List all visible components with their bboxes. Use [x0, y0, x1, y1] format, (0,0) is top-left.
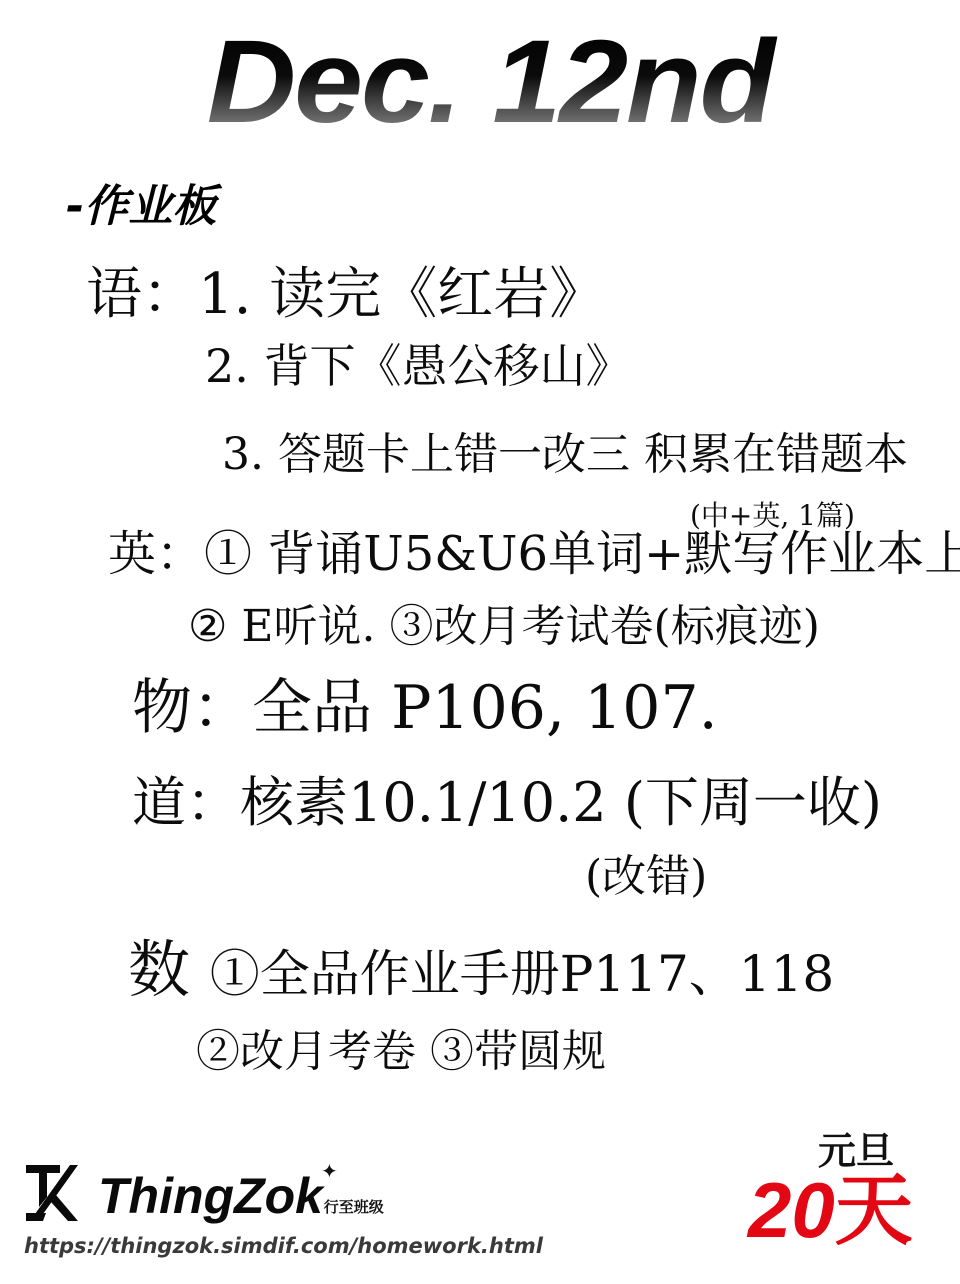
- countdown: 20天: [748, 1170, 913, 1251]
- english-item-1: ：① 背诵U5&U6单词+默写作业本上.: [156, 526, 960, 582]
- chinese-item-1: ：1. 读完《红岩》: [142, 262, 605, 327]
- physics-line: 物：全品 P106, 107.: [132, 660, 718, 746]
- countdown-number: 20: [748, 1166, 835, 1254]
- date-title: Dec. 12nd: [154, 22, 826, 142]
- physics-item-1: ：全品 P106, 107.: [192, 673, 718, 743]
- subject-english: 英: [108, 526, 156, 582]
- chinese-item-3: 3. 答题卡上错一改三 积累在错题本: [222, 418, 908, 482]
- politics-item-2: (改错): [585, 840, 707, 904]
- subject-physics: 物: [132, 673, 192, 743]
- math-item-2: ②改月考卷 ③带圆规: [196, 1015, 606, 1079]
- brand-logo: ThingZok ✦ 行至班级: [26, 1165, 384, 1221]
- subject-chinese: 语: [86, 262, 142, 327]
- brand-cn: 行至班级: [324, 1196, 384, 1217]
- sparkle-icon: ✦: [321, 1159, 338, 1183]
- chinese-line-1: 语：1. 读完《红岩》: [86, 250, 605, 330]
- chinese-item-2: 2. 背下《愚公移山》: [205, 330, 632, 396]
- board-label: -作业板: [66, 170, 216, 234]
- thingzok-logo-icon: [26, 1165, 78, 1221]
- math-line: 数 ①全品作业手册P117、118: [128, 920, 834, 1009]
- subject-math: 数: [128, 933, 190, 1006]
- countdown-unit: 天: [835, 1166, 913, 1256]
- politics-item-1: ：核素10.1/10.2 (下周一收): [186, 771, 882, 834]
- english-line-1: 英：① 背诵U5&U6单词+默写作业本上.: [108, 515, 960, 584]
- math-item-1: ①全品作业手册P117、118: [210, 945, 835, 1003]
- english-item-2: ② E听说. ③改月考试卷(标痕迹): [188, 590, 820, 654]
- homework-url[interactable]: https://thingzok.simdif.com/homework.htm…: [24, 1234, 543, 1258]
- brand-name: ThingZok: [98, 1171, 323, 1221]
- politics-line: 道：核素10.1/10.2 (下周一收): [132, 760, 882, 837]
- subject-politics: 道: [132, 771, 186, 834]
